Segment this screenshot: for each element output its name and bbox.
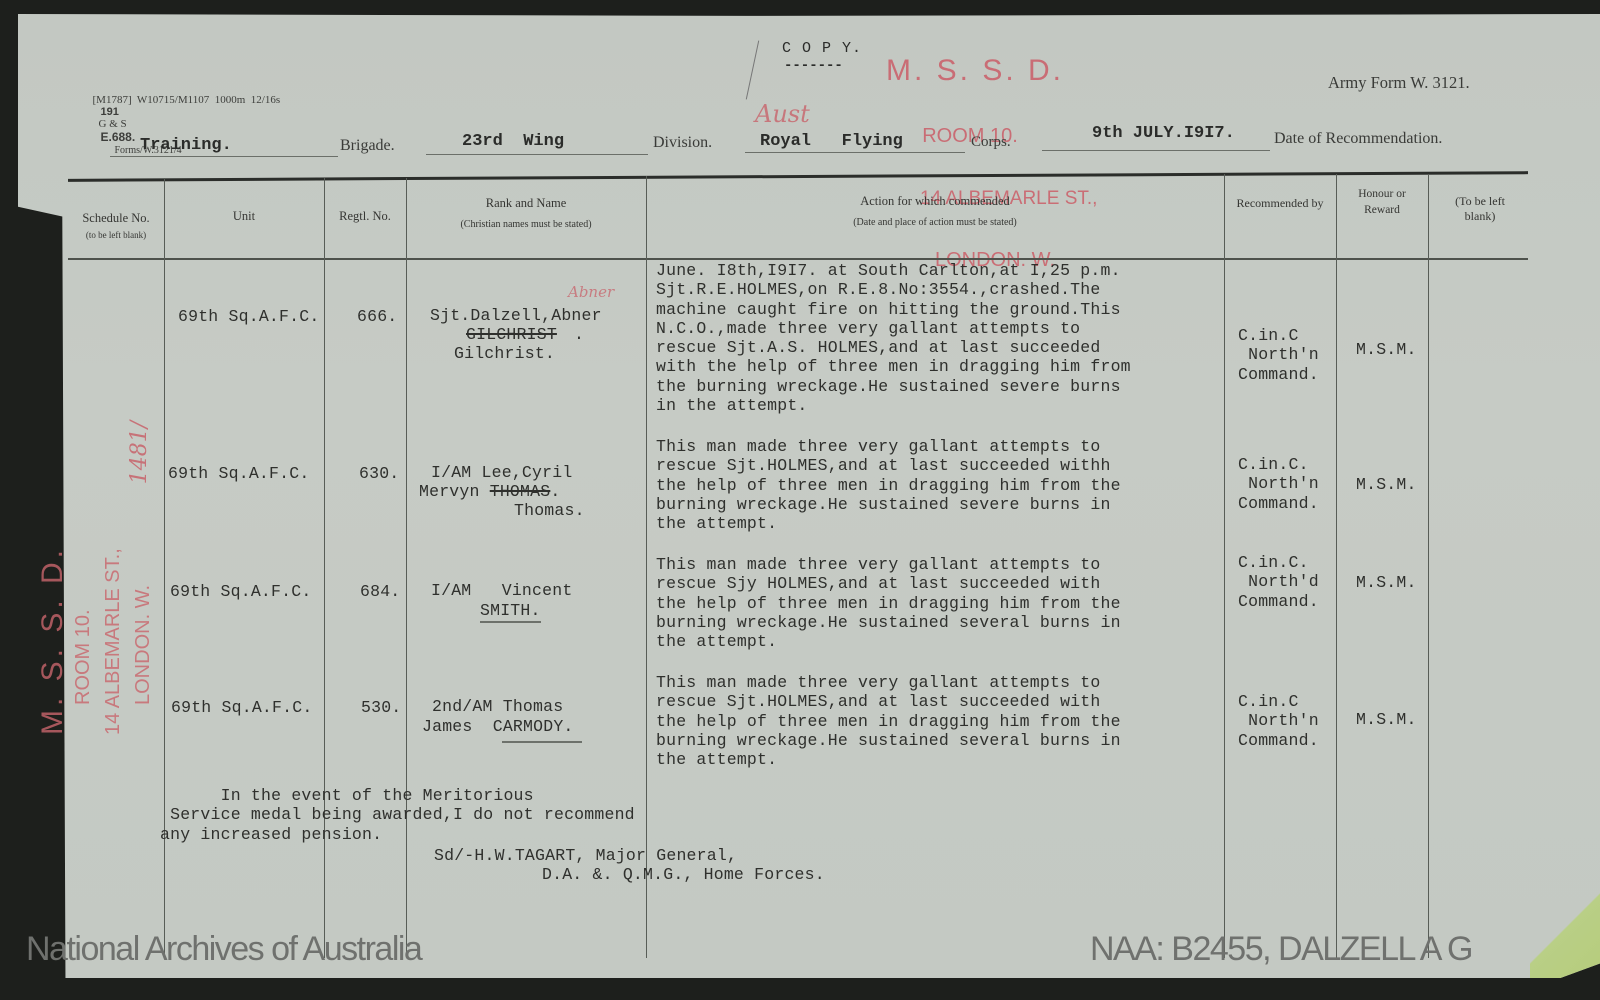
col-header-sub: (Christian names must be stated) xyxy=(406,218,646,232)
col-header-title: Rank and Name xyxy=(486,196,567,210)
row-recommended-by: C.in.C. North'n Command. xyxy=(1238,455,1319,513)
row-honour: M.S.M. xyxy=(1356,475,1417,494)
row-name-surname: SMITH. xyxy=(480,601,541,623)
archive-watermark: National Archives of Australia xyxy=(26,930,421,969)
row-name-line3: James CARMODY. xyxy=(422,717,574,736)
row-recommended-by: C.in.C North'n Command. xyxy=(1238,692,1319,750)
side-stamp-line-2: ROOM 10. xyxy=(68,546,98,705)
row-regtl-no: 666. xyxy=(357,307,397,326)
name-handwritten-annotation: Abner xyxy=(568,283,614,301)
col-header-schedule: Schedule No. (to be left blank) xyxy=(68,211,164,242)
pension-note: In the event of the Meritorious Service … xyxy=(160,786,635,844)
col-header-sub: (to be left blank) xyxy=(68,228,164,242)
col-header-recommended-by: Recommended by xyxy=(1230,195,1330,211)
print-code-mid: G & S xyxy=(99,118,127,130)
row-name-line1: Sjt.Dalzell,Abner xyxy=(430,306,602,325)
col-header-rank-name: Rank and Name (Christian names must be s… xyxy=(406,196,646,232)
stamp-line-1: M. S. S. D. xyxy=(880,54,1070,88)
table-header-bottom-border xyxy=(68,258,1528,260)
col-header-title: Schedule No. xyxy=(82,211,149,225)
col-header-regtl-no: Regtl. No. xyxy=(324,209,406,223)
brigade-underline xyxy=(110,156,338,157)
side-stamp-line-1: M. S. S. D. xyxy=(38,546,68,735)
col-divider-7 xyxy=(1428,174,1429,958)
row-name-line2: Mervyn THOMAS. xyxy=(419,482,560,501)
corps-label: Corps. xyxy=(971,134,1011,151)
col-header-honour: Honour or Reward xyxy=(1345,186,1419,218)
row-name-period: . xyxy=(574,325,584,344)
col-header-sub: (Date and place of action must be stated… xyxy=(646,216,1224,230)
row-regtl-no: 684. xyxy=(360,582,400,601)
row-name-line3: SMITH. xyxy=(480,601,541,620)
print-code-e688: E.688. xyxy=(101,130,136,144)
side-stamp-line-4: LONDON. W. xyxy=(128,546,158,705)
corps-value: Royal Flying xyxy=(760,132,903,151)
col-divider-4 xyxy=(646,176,647,958)
date-label: Date of Recommendation. xyxy=(1274,130,1442,148)
print-code-bold: 191 xyxy=(101,106,119,118)
col-header-title: Action for which commended xyxy=(860,194,1010,208)
row-name-text: I/AM Lee,Cyril xyxy=(431,463,572,482)
brigade-value: Training. xyxy=(140,136,232,155)
record-reference-watermark: NAA: B2455, DALZELL A G xyxy=(1090,930,1472,969)
row-name-line3: Thomas. xyxy=(514,501,585,520)
row-unit: 69th Sq.A.F.C. xyxy=(168,464,309,483)
row-name-line1: 2nd/AM Thomas xyxy=(432,697,563,716)
print-code: [M1787] W10715/M1107 1000m 12/16s xyxy=(93,94,281,106)
side-handwritten-number: 1481/ xyxy=(127,421,152,484)
row-unit: 69th Sq.A.F.C. xyxy=(178,307,319,326)
copy-label: C O P Y. xyxy=(782,40,862,57)
corps-underline xyxy=(745,152,965,153)
row-name-line3: Gilchrist. xyxy=(454,344,555,363)
row-unit: 69th Sq.A.F.C. xyxy=(171,698,312,717)
row-name-struck: THOMAS xyxy=(490,482,551,501)
corps-handwritten-annotation: Aust xyxy=(755,100,810,128)
army-form-label: Army Form W. 3121. xyxy=(1328,73,1470,93)
row-name-struck: GILCHRIST xyxy=(466,325,557,344)
col-divider-6 xyxy=(1336,174,1337,958)
row-action: This man made three very gallant attempt… xyxy=(656,555,1121,651)
row-name-line1: I/AM Vincent xyxy=(431,581,572,600)
signature-line-1: Sd/-H.W.TAGART, Major General, xyxy=(434,846,737,865)
row-action: This man made three very gallant attempt… xyxy=(656,437,1121,533)
row-unit: 69th Sq.A.F.C. xyxy=(170,582,311,601)
row-honour: M.S.M. xyxy=(1356,710,1417,729)
row-recommended-by: C.in.C North'n Command. xyxy=(1238,326,1319,384)
registry-stamp: M. S. S. D. ROOM 10. 14 ALBEMARLE ST., L… xyxy=(880,18,1070,288)
row-honour: M.S.M. xyxy=(1356,573,1417,592)
side-registry-stamp: M. S. S. D. ROOM 10. 14 ALBEMARLE ST., L… xyxy=(38,546,158,735)
row-honour: M.S.M. xyxy=(1356,340,1417,359)
date-value: 9th JULY.I9I7. xyxy=(1092,124,1235,143)
col-divider-5 xyxy=(1224,174,1225,958)
row-regtl-no: 530. xyxy=(361,698,401,717)
row-action: This man made three very gallant attempt… xyxy=(656,673,1121,769)
copy-underline: ------- xyxy=(784,58,843,74)
col-header-action: Action for which commended (Date and pla… xyxy=(646,194,1224,230)
division-value: 23rd Wing xyxy=(462,132,564,151)
division-underline xyxy=(426,154,648,155)
brigade-label: Brigade. xyxy=(340,137,395,155)
signature-line-2: D.A. &. Q.M.G., Home Forces. xyxy=(542,865,825,884)
surname-underline xyxy=(502,741,582,743)
row-name-line1: I/AM Lee,Cyril xyxy=(431,463,572,482)
col-header-unit: Unit xyxy=(164,209,324,223)
row-action: June. I8th,I9I7. at South Carlton,at I,2… xyxy=(656,261,1131,415)
side-stamp-line-3: 14 ALBEMARLE ST., xyxy=(98,546,128,735)
date-underline xyxy=(1042,150,1270,151)
row-name-middle: Mervyn xyxy=(419,482,490,501)
row-recommended-by: C.in.C. North'd Command. xyxy=(1238,553,1319,611)
division-label: Division. xyxy=(653,134,712,152)
row-regtl-no: 630. xyxy=(359,464,399,483)
col-header-blank: (To be left blank) xyxy=(1440,194,1520,224)
